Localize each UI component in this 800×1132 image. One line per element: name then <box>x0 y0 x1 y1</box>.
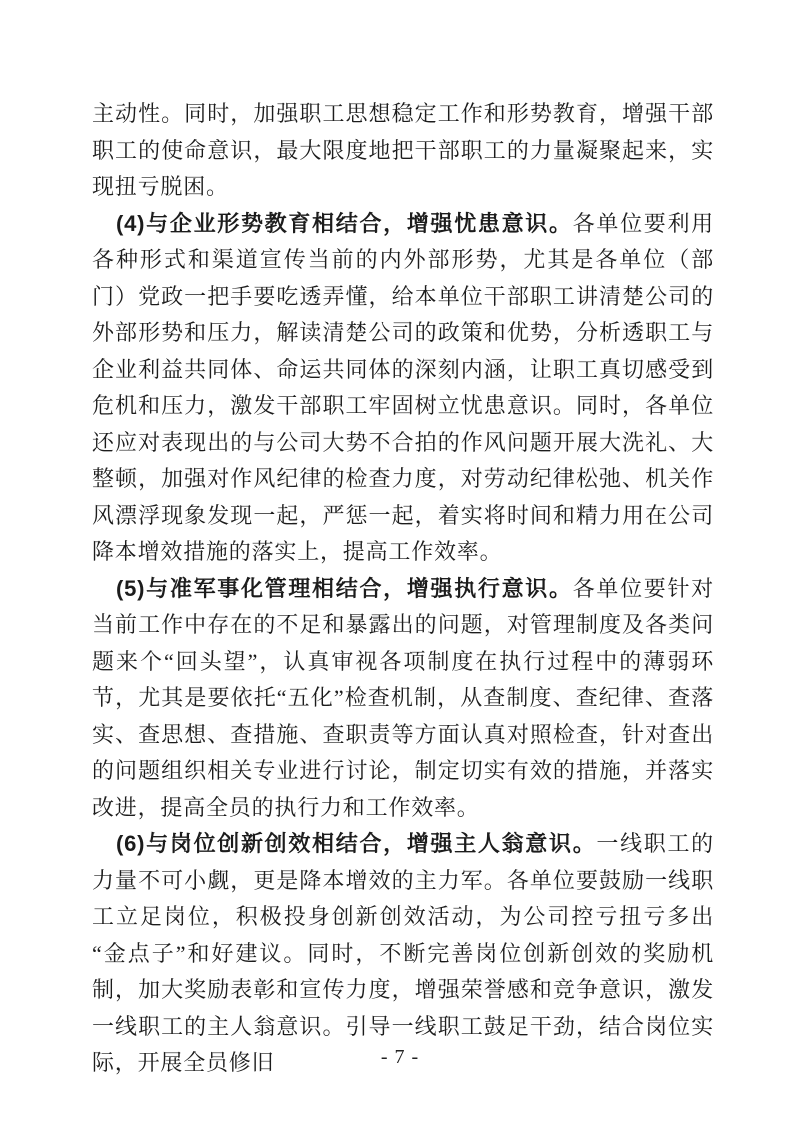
paragraph-lead-bold: (6)与岗位创新创效相结合，增强主人翁意识。 <box>116 831 596 856</box>
paragraph-lead-bold: (5)与准军事化管理相结合，增强执行意识。 <box>116 576 573 601</box>
paragraph-item-6: (6)与岗位创新创效相结合，增强主人翁意识。一线职工的力量不可小觑，更是降本增效… <box>92 826 714 1082</box>
paragraph-continuation: 主动性。同时，加强职工思想稳定工作和形势教育，增强干部职工的使命意识，最大限度地… <box>92 96 714 206</box>
page-number: - 7 - <box>381 1046 419 1068</box>
document-body: 主动性。同时，加强职工思想稳定工作和形势教育，增强干部职工的使命意识，最大限度地… <box>92 96 714 1082</box>
paragraph-text: 主动性。同时，加强职工思想稳定工作和形势教育，增强干部职工的使命意识，最大限度地… <box>92 101 714 199</box>
paragraph-lead-bold: (4)与企业形势教育相结合，增强忧患意识。 <box>116 211 573 236</box>
paragraph-text: 一线职工的力量不可小觑，更是降本增效的主力军。各单位要鼓励一线职工立足岗位，积极… <box>92 831 714 1075</box>
paragraph-text: 各单位要针对当前工作中存在的不足和暴露出的问题，对管理制度及各类问题来个“回头望… <box>92 576 714 820</box>
document-page: 主动性。同时，加强职工思想稳定工作和形势教育，增强干部职工的使命意识，最大限度地… <box>0 0 800 1132</box>
paragraph-text: 各单位要利用各种形式和渠道宣传当前的内外部形势，尤其是各单位（部门）党政一把手要… <box>92 211 714 565</box>
paragraph-item-5: (5)与准军事化管理相结合，增强执行意识。各单位要针对当前工作中存在的不足和暴露… <box>92 571 714 827</box>
page-footer: - 7 - <box>0 1046 800 1069</box>
paragraph-item-4: (4)与企业形势教育相结合，增强忧患意识。各单位要利用各种形式和渠道宣传当前的内… <box>92 206 714 571</box>
